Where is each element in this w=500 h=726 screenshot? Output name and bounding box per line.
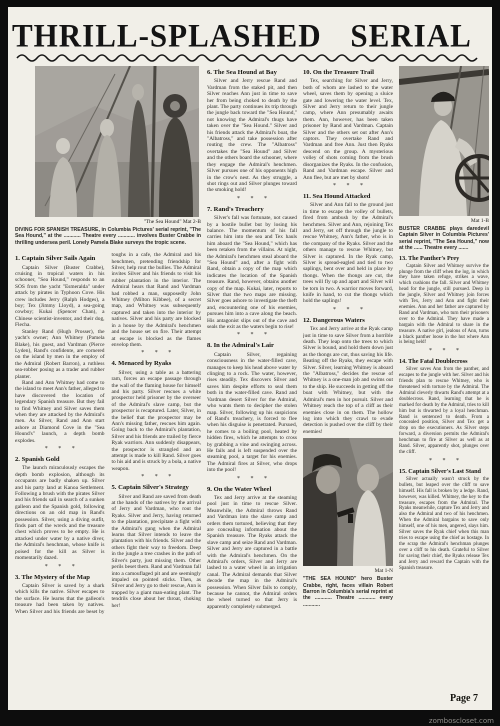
section-1-paragraph: Stanley Rand (Hugh Prosser), the yacht's… xyxy=(15,329,105,380)
section-separator: * * * xyxy=(303,182,393,190)
section-3-title: 3. The Mystery of the Map xyxy=(15,574,105,581)
section-8-title: 8. In the Admiral's Lair xyxy=(207,342,297,349)
section-1-paragraph: Captain Silver (Buster Crabbe), cruising… xyxy=(15,265,105,329)
section-10-paragraph: Tex, searching for Silver and Jerry, bot… xyxy=(303,78,393,181)
section-14-paragraph: Silver saves Ann from the panther, and e… xyxy=(399,367,489,456)
section-4-title: 4. Menaced by Ryaks xyxy=(112,360,202,367)
section-separator: * * * xyxy=(112,473,202,481)
section-7-title: 7. Rand's Treachery xyxy=(207,206,297,213)
photo1-mat-label: "The Sea Hound" Mat 2-B xyxy=(15,219,201,226)
section-11-title: 11. Sea Hound Attacked xyxy=(303,193,393,200)
section-10-title: 10. On the Treasure Trail xyxy=(303,69,393,76)
section-2-paragraph: The launch miraculously escapes the dept… xyxy=(15,465,105,561)
section-1-paragraph: Rand and Ann Whitney had come to the isl… xyxy=(15,380,105,444)
section-6-title: 6. The Sea Hound at Bay xyxy=(207,69,297,76)
photo3-mat-label: Mat 1-N xyxy=(303,568,393,575)
page-content: "The Sea Hound" Mat 2-B DIVING FOR SPANI… xyxy=(12,66,488,710)
episodes-10-12: 10. On the Treasure Trail Tex, searching… xyxy=(303,66,393,710)
section-6-paragraph: Silver and Jerry rescue Rand and Vardman… xyxy=(207,78,297,193)
section-separator: * * * xyxy=(207,331,297,339)
photo2-caption: BUSTER CRABBE plays daredevil Captain Si… xyxy=(399,226,489,252)
section-8-paragraph: Captain Silver, regaining consciousness … xyxy=(207,352,297,474)
photo-captain-at-wheel xyxy=(399,66,489,216)
photo2-mat-label: Mat 1-B xyxy=(399,218,489,225)
photo3-caption: "THE SEA HOUND" hero Buster Crabbe, righ… xyxy=(303,576,393,608)
pressbook-page-scan: THRILL-SPLASHED SERIAL ACTION! xyxy=(0,0,500,726)
section-separator: * * * xyxy=(399,347,489,355)
episodes-1-5: 1. Captain Silver Sails Again Captain Si… xyxy=(15,252,201,615)
section-5-title: 5. Captain Silver's Strategy xyxy=(112,484,202,491)
section-1-title: 1. Captain Silver Sails Again xyxy=(15,255,105,262)
section-13-title: 13. The Panther's Prey xyxy=(399,255,489,262)
section-separator: * * * xyxy=(15,445,105,453)
episodes-6-9: 6. The Sea Hound at Bay Silver and Jerry… xyxy=(207,66,297,710)
section-2-title: 2. Spanish Gold xyxy=(15,456,105,463)
section-13-paragraph: Captain Silver and Whitney survive the p… xyxy=(399,264,489,347)
wavy-divider xyxy=(15,53,485,62)
photo1-caption: DIVING FOR SPANISH TREASURE, in Columbia… xyxy=(15,227,201,246)
section-separator: * * * xyxy=(112,349,202,357)
section-4-paragraph: Silver, using a table as a battering ram… xyxy=(112,370,202,473)
watermark: zomboscloset.com xyxy=(429,717,494,725)
section-5-paragraph: Silver and Rand are saved from death at … xyxy=(112,494,202,609)
episodes-13-15: Mat 1-B BUSTER CRABBE plays daredevil Ca… xyxy=(399,66,489,710)
page-number: Page 7 xyxy=(444,693,478,704)
section-12-title: 12. Dangerous Waters xyxy=(303,317,393,324)
left-column-group: "The Sea Hound" Mat 2-B DIVING FOR SPANI… xyxy=(15,66,201,710)
section-15-title: 15. Captain Silver's Last Stand xyxy=(399,468,489,475)
section-11-paragraph: Silver and Ann fall to the ground just i… xyxy=(303,202,393,305)
photo-hero-villain xyxy=(303,438,393,566)
section-14-title: 14. The Fatal Doublecross xyxy=(399,358,489,365)
paper: THRILL-SPLASHED SERIAL ACTION! xyxy=(8,7,492,710)
section-12-paragraph: Tex and Jerry arrive at the Ryak camp ju… xyxy=(303,326,393,435)
section-7-paragraph: Silver's fall was fortunate, not caused … xyxy=(207,215,297,330)
section-separator: * * * xyxy=(399,457,489,465)
section-separator: * * * xyxy=(207,475,297,483)
page-headline: THRILL-SPLASHED SERIAL ACTION! xyxy=(12,20,488,52)
section-9-paragraph: Tex and Jerry arrive at the steaming poo… xyxy=(207,495,297,610)
section-separator: * * * xyxy=(15,563,105,571)
section-15-paragraph: Silver actually wasn't struck by the bul… xyxy=(399,477,489,572)
section-9-title: 9. On the Water Wheel xyxy=(207,486,297,493)
section-separator: * * * xyxy=(207,195,297,203)
photo-diving-scene xyxy=(35,66,199,217)
section-separator: * * * xyxy=(303,306,393,314)
